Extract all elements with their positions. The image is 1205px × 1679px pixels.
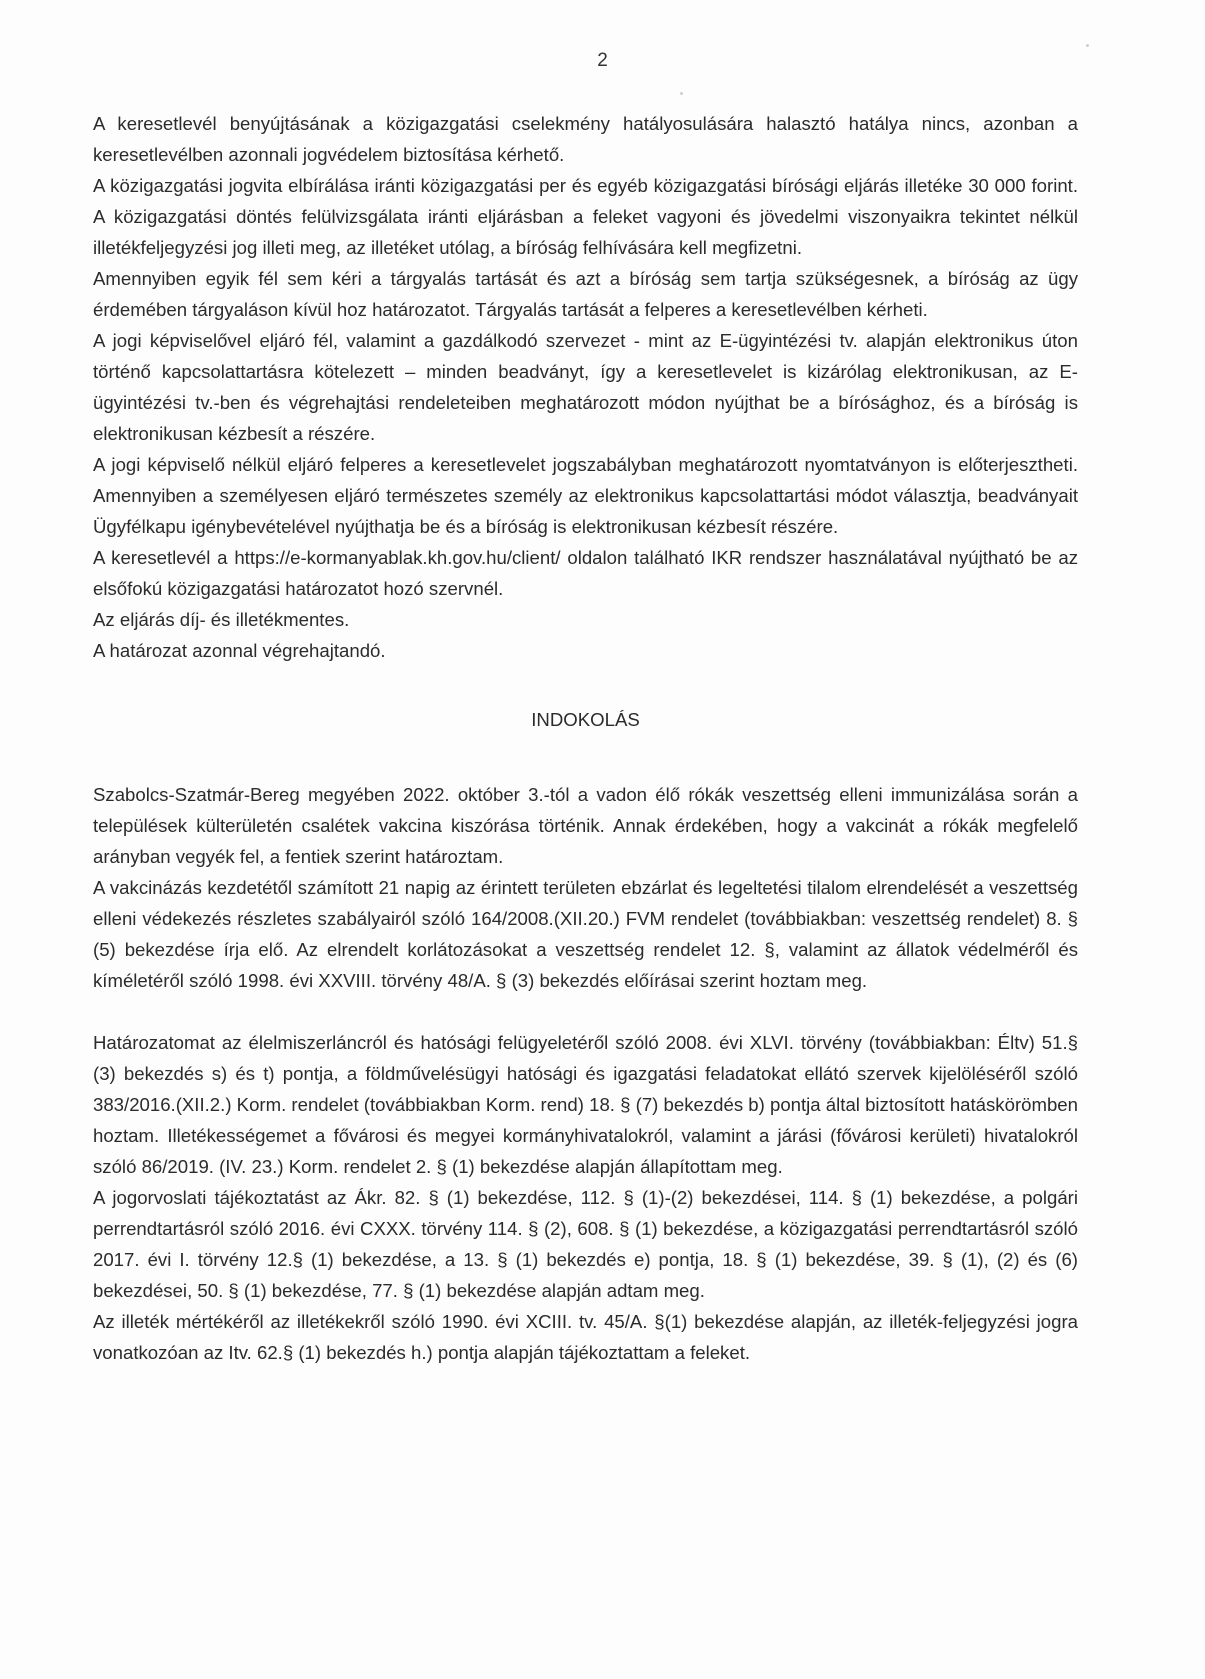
scan-speck [1086,44,1089,47]
document-body: A keresetlevél benyújtásának a közigazga… [93,108,1078,1368]
section-heading-reasoning: INDOKOLÁS [93,704,1078,735]
paragraph-fee-exempt: Az eljárás díj- és illetékmentes. [93,604,1078,635]
page-number: 2 [0,50,1205,72]
paragraph-spacer [93,996,1078,1027]
paragraph-fee-info: Az illeték mértékéről az illetékekről sz… [93,1306,1078,1368]
paragraph-hearing: Amennyiben egyik fél sem kéri a tárgyalá… [93,263,1078,325]
paragraph-immediately-enforceable: A határozat azonnal végrehajtandó. [93,635,1078,666]
paragraph-ikr-system: A keresetlevél a https://e-kormanyablak.… [93,542,1078,604]
document-page: 2 A keresetlevél benyújtásának a közigaz… [0,0,1205,1679]
paragraph-court-fee: A közigazgatási jogvita elbírálása iránt… [93,170,1078,263]
paragraph-remedy-info: A jogorvoslati tájékoztatást az Ákr. 82.… [93,1182,1078,1306]
paragraph-without-legal-rep: A jogi képviselő nélkül eljáró felperes … [93,449,1078,542]
paragraph-electronic-submission: A jogi képviselővel eljáró fél, valamint… [93,325,1078,449]
paragraph-legal-basis: Határozatomat az élelmiszerláncról és ha… [93,1027,1078,1182]
scan-speck [680,92,683,95]
paragraph-vaccination: Szabolcs-Szatmár-Bereg megyében 2022. ok… [93,779,1078,872]
paragraph-appeal-no-suspension: A keresetlevél benyújtásának a közigazga… [93,108,1078,170]
paragraph-restrictions: A vakcinázás kezdetétől számított 21 nap… [93,872,1078,996]
